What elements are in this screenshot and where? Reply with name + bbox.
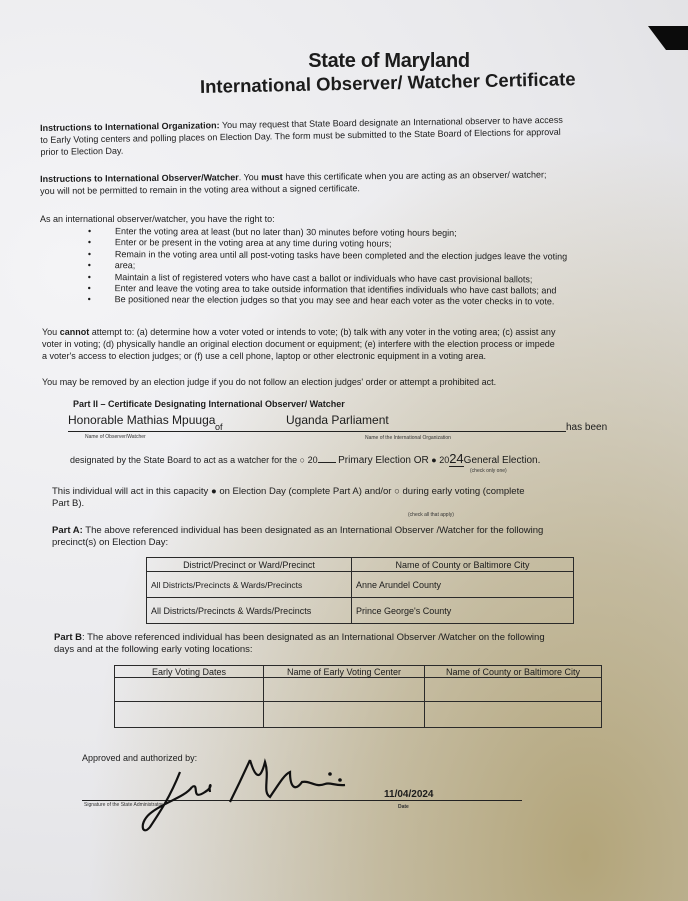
part-a-header: Name of County or Baltimore City (352, 558, 574, 572)
instructions-observer-line1: have this certificate when you are actin… (283, 170, 547, 182)
observer-name-field[interactable]: Honorable Mathias Mpuuga (68, 413, 215, 427)
general-election-radio[interactable]: ● (431, 455, 436, 465)
rights-item: Be positioned near the election judges s… (88, 294, 567, 308)
early-voting-radio[interactable]: ○ (394, 486, 400, 497)
instructions-observer-pre: . You (239, 172, 262, 182)
organization-caption: Name of the International Organization (365, 435, 451, 441)
early-voting-date-cell[interactable] (115, 678, 264, 702)
designation-line: designated by the State Board to act as … (70, 453, 540, 467)
rights-intro: As an international observer/watcher, yo… (40, 213, 275, 225)
table-row (115, 678, 602, 702)
date-caption: Date (398, 804, 409, 810)
cannot-pre: You (42, 327, 60, 337)
part-a-text: Part A: The above referenced individual … (52, 525, 543, 549)
early-voting-date-cell[interactable] (115, 702, 264, 728)
corner-mark (648, 26, 688, 50)
part-b-label: Part B (54, 632, 82, 643)
part-b-line1: : The above referenced individual has be… (82, 632, 545, 643)
instructions-observer-label: Instructions to International Observer/W… (40, 172, 239, 184)
cannot-line3: a voter's access to election judges; or … (42, 350, 555, 362)
primary-year-prefix: 20 (308, 455, 318, 465)
early-voting-label: during early voting (complete (403, 486, 525, 497)
check-only-one: (check only one) (470, 468, 507, 474)
capacity-pre: This individual will act in this capacit… (52, 486, 208, 497)
must-emphasis: must (261, 172, 283, 182)
part-a-header: District/Precinct or Ward/Precinct (147, 558, 352, 572)
instructions-organization: Instructions to International Organizati… (40, 114, 563, 158)
cannot-line2: voter in voting; (d) physically handle a… (42, 338, 555, 350)
part-a-line2: precinct(s) on Election Day: (52, 537, 543, 549)
part-a-table: District/Precinct or Ward/Precinct Name … (146, 557, 574, 624)
table-row: All Districts/Precincts & Wards/Precinct… (147, 572, 574, 598)
capacity-line: This individual will act in this capacit… (52, 486, 525, 498)
part-b-line2: days and at the following early voting l… (54, 644, 545, 656)
general-election-label: General Election. (464, 455, 541, 466)
cannot-paragraph: You cannot attempt to: (a) determine how… (42, 326, 555, 362)
county-cell[interactable]: Anne Arundel County (352, 572, 574, 598)
primary-election-radio[interactable]: ○ (300, 455, 305, 465)
part-a-label: Part A: (52, 525, 83, 536)
precinct-cell[interactable]: All Districts/Precincts & Wards/Precinct… (147, 598, 352, 624)
part-b-header: Name of Early Voting Center (264, 666, 425, 678)
part-b-header: Name of County or Baltimore City (425, 666, 602, 678)
part-b-table: Early Voting Dates Name of Early Voting … (114, 665, 602, 728)
county-cell[interactable]: Prince George's County (352, 598, 574, 624)
general-year-prefix: 20 (439, 455, 449, 465)
part-a-line1: The above referenced individual has been… (83, 525, 544, 536)
election-day-label: on Election Day (complete Part A) and/or (219, 486, 391, 497)
title-state: State of Maryland (0, 50, 688, 73)
observer-caption: Name of Observer/Watcher (85, 434, 146, 440)
cannot-emphasis: cannot (60, 327, 90, 337)
organization-field[interactable]: Uganda Parliament (286, 413, 389, 427)
signature-icon (130, 752, 360, 837)
rights-list: Enter the voting area at least (but no l… (88, 226, 568, 308)
instructions-observer: Instructions to International Observer/W… (40, 169, 547, 197)
table-row (115, 702, 602, 728)
early-voting-center-cell[interactable] (264, 678, 425, 702)
general-year-field[interactable]: 24 (449, 451, 463, 467)
has-been-label: has been (566, 422, 607, 434)
removal-notice: You may be removed by an election judge … (42, 376, 496, 388)
part-b-header-row: Early Voting Dates Name of Early Voting … (115, 666, 602, 678)
cannot-line1: attempt to: (a) determine how a voter vo… (89, 327, 555, 337)
part-b-header: Early Voting Dates (115, 666, 264, 678)
county-cell[interactable] (425, 678, 602, 702)
election-day-radio[interactable]: ● (211, 486, 217, 497)
early-voting-center-cell[interactable] (264, 702, 425, 728)
table-row: All Districts/Precincts & Wards/Precinct… (147, 598, 574, 624)
precinct-cell[interactable]: All Districts/Precincts & Wards/Precinct… (147, 572, 352, 598)
rights-list-wrap: Enter the voting area at least (but no l… (88, 226, 568, 308)
county-cell[interactable] (425, 702, 602, 728)
name-underline (68, 431, 566, 432)
part-b-text: Part B: The above referenced individual … (54, 632, 545, 656)
part2-heading: Part II – Certificate Designating Intern… (73, 398, 345, 410)
certificate-page: State of Maryland International Observer… (0, 0, 688, 901)
primary-election-label: Primary Election OR (338, 455, 429, 466)
check-all: (check all that apply) (408, 512, 454, 518)
designated-text: designated by the State Board to act as … (70, 455, 297, 465)
primary-year-field[interactable] (318, 462, 336, 463)
part-a-header-row: District/Precinct or Ward/Precinct Name … (147, 558, 574, 572)
approval-date: 11/04/2024 (384, 789, 434, 800)
early-voting-label-cont: Part B). (52, 498, 84, 510)
